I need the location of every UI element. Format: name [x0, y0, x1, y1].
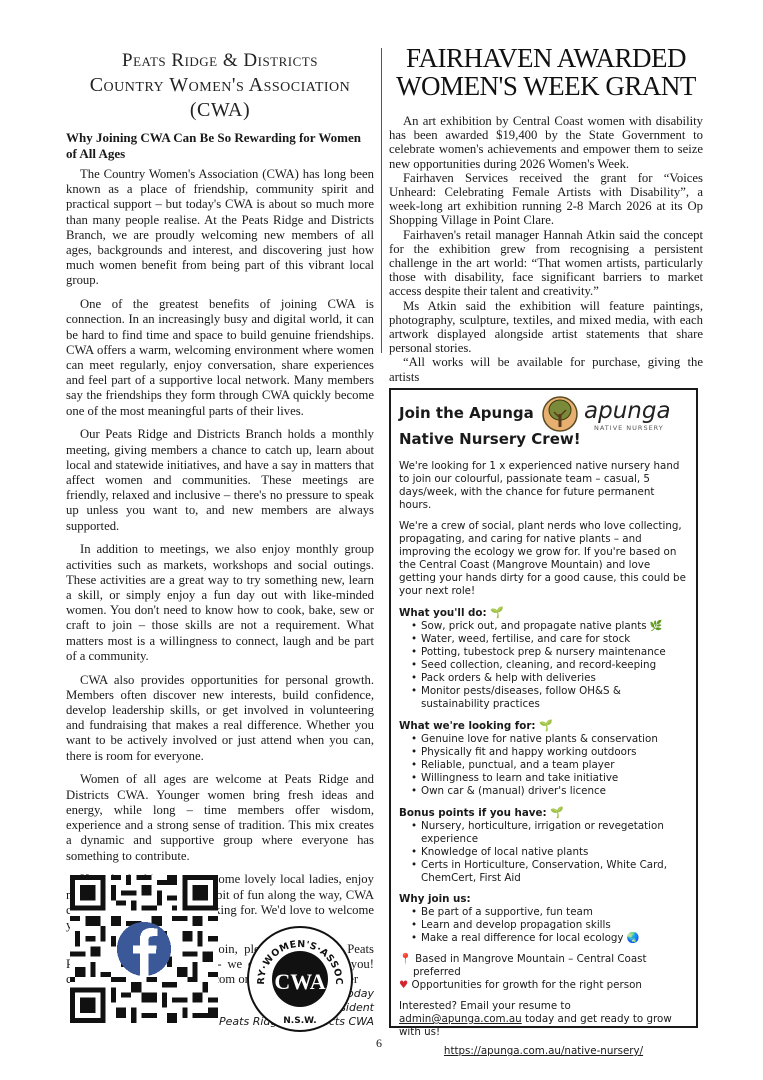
cwa-title-line1: Peats Ridge & Districts: [122, 50, 318, 71]
list-item: Certs in Horticulture, Conservation, Whi…: [411, 859, 688, 885]
list-item: Pack orders & help with deliveries: [411, 672, 688, 685]
herb-icon: 🌿: [650, 620, 663, 632]
list-item: Learn and develop propagation skills: [411, 919, 688, 932]
fairhaven-paragraph: “All works will be available for purchas…: [389, 355, 703, 383]
email-link[interactable]: admin@apunga.com.au: [399, 1013, 522, 1025]
section-bonus-points: Bonus points if you have: 🌱: [399, 806, 688, 820]
list-item: Be part of a supportive, fun team: [411, 906, 688, 919]
section-title: What you'll do:: [399, 607, 487, 619]
globe-icon: 🌏: [627, 932, 640, 944]
seedling-icon: 🌱: [490, 606, 504, 619]
section-looking-for: What we're looking for: 🌱: [399, 719, 688, 733]
heart-icon: ♥: [399, 979, 408, 991]
contact-text: Interested? Email your resume to admin@a…: [399, 1000, 688, 1039]
website-url: https://apunga.com.au/native-nursery/: [399, 1045, 688, 1058]
apunga-logo: apunga NATIVE NURSERY: [542, 394, 692, 436]
website-link[interactable]: https://apunga.com.au/native-nursery/: [444, 1045, 643, 1057]
section-title: Bonus points if you have:: [399, 807, 547, 819]
pin-icon: 📍: [399, 953, 412, 965]
list-item: Physically fit and happy working outdoor…: [411, 746, 688, 759]
cwa-nsw-logo: COUNTRY·WOMEN'S·ASSOCIATION N.S.W. CWA: [246, 925, 354, 1033]
svg-text:NATIVE NURSERY: NATIVE NURSERY: [594, 424, 664, 432]
list-item: Reliable, punctual, and a team player: [411, 759, 688, 772]
apunga-job-ad: apunga NATIVE NURSERY Join the Apunga Na…: [389, 388, 698, 1028]
list-item: Nursery, horticulture, irrigation or rev…: [411, 820, 688, 846]
cwa-paragraph: One of the greatest benefits of joining …: [66, 297, 374, 419]
column-divider: [381, 48, 382, 353]
fairhaven-article: FAIRHAVEN AWARDED WOMEN'S WEEK GRANT An …: [389, 44, 703, 384]
list-item: Potting, tubestock prep & nursery mainte…: [411, 646, 688, 659]
location-note: 📍 Based in Mangrove Mountain – Central C…: [399, 953, 688, 979]
fairhaven-title-line1: FAIRHAVEN AWARDED: [389, 44, 703, 72]
fairhaven-paragraph: Ms Atkin said the exhibition will featur…: [389, 299, 703, 356]
list-item: Seed collection, cleaning, and record-ke…: [411, 659, 688, 672]
list-item: Make a real difference for local ecology…: [411, 932, 688, 945]
cwa-article-title: Peats Ridge & Districts Country Women's …: [66, 48, 374, 123]
cwa-title-line2: Country Women's Association (CWA): [66, 73, 374, 123]
cwa-paragraph: Our Peats Ridge and Districts Branch hol…: [66, 427, 374, 533]
list-item: Own car & (manual) driver's licence: [411, 785, 688, 798]
list-item: Willingness to learn and take initiative: [411, 772, 688, 785]
section-why-join: Why join us:: [399, 893, 688, 906]
cwa-paragraph: CWA also provides opportunities for pers…: [66, 673, 374, 764]
facebook-qr-code[interactable]: [70, 875, 218, 1023]
cwa-paragraph: In addition to meetings, we also enjoy m…: [66, 542, 374, 664]
apunga-intro: We're a crew of social, plant nerds who …: [399, 520, 688, 598]
section-title: Why join us:: [399, 893, 471, 905]
svg-text:N.S.W.: N.S.W.: [283, 1016, 316, 1026]
svg-text:CWA: CWA: [274, 969, 325, 994]
bonus-list: Nursery, horticulture, irrigation or rev…: [399, 820, 688, 885]
cwa-subheading: Why Joining CWA Can Be So Rewarding for …: [66, 130, 374, 161]
why-join-list: Be part of a supportive, fun team Learn …: [399, 906, 688, 945]
seedling-icon: 🌱: [550, 806, 564, 819]
seedling-icon: 🌱: [539, 719, 553, 732]
svg-text:apunga: apunga: [584, 398, 671, 424]
fairhaven-title: FAIRHAVEN AWARDED WOMEN'S WEEK GRANT: [389, 44, 703, 100]
fairhaven-paragraph: An art exhibition by Central Coast women…: [389, 114, 703, 171]
cwa-paragraph: Women of all ages are welcome at Peats R…: [66, 772, 374, 863]
apunga-intro: We're looking for 1 x experienced native…: [399, 460, 688, 512]
fairhaven-paragraph: Fairhaven's retail manager Hannah Atkin …: [389, 228, 703, 299]
page-number: 6: [376, 1036, 382, 1051]
list-item: Sow, prick out, and propagate native pla…: [411, 620, 688, 633]
section-what-youll-do: What you'll do: 🌱: [399, 606, 688, 620]
list-item: Knowledge of local native plants: [411, 846, 688, 859]
fairhaven-paragraph: Fairhaven Services received the grant fo…: [389, 171, 703, 228]
duties-list: Sow, prick out, and propagate native pla…: [399, 620, 688, 711]
section-title: What we're looking for:: [399, 720, 536, 732]
cwa-paragraph: The Country Women's Association (CWA) ha…: [66, 167, 374, 289]
requirements-list: Genuine love for native plants & conserv…: [399, 733, 688, 798]
growth-note: ♥ Opportunities for growth for the right…: [399, 979, 688, 992]
list-item: Genuine love for native plants & conserv…: [411, 733, 688, 746]
list-item: Water, weed, fertilise, and care for sto…: [411, 633, 688, 646]
list-item: Monitor pests/diseases, follow OH&S & su…: [411, 685, 688, 711]
fairhaven-title-line2: WOMEN'S WEEK GRANT: [389, 72, 703, 100]
